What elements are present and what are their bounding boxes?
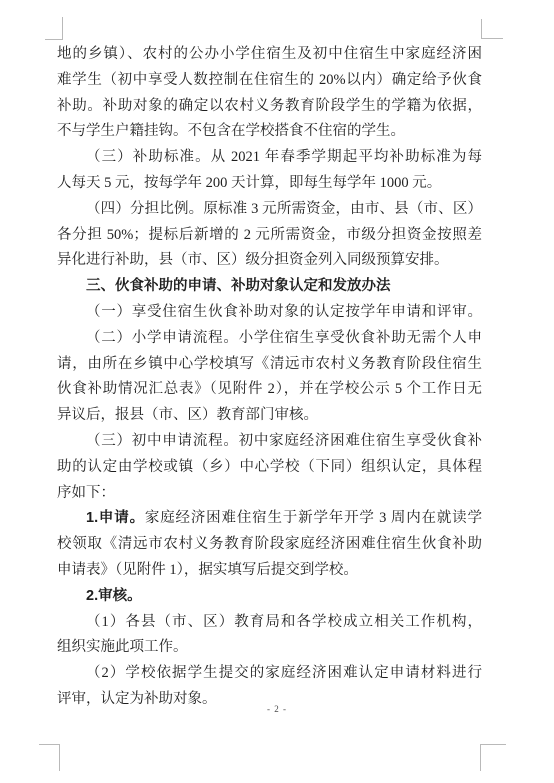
text-line: （四）分担比例。原标准 3 元所需资金，由市、县（市、区）	[57, 197, 482, 223]
document-body: 地的乡镇）、农村的公办小学住宿生及初中住宿生中家庭经济困难学生（初中享受人数控制…	[57, 42, 482, 713]
text-line: 补助。补助对象的确定以农村义务教育阶段学生的学籍为依据，	[57, 94, 482, 120]
crop-mark-top-right	[481, 19, 503, 39]
text-line: 难学生（初中享受人数控制在住宿生的 20%以内）确定给予伙食	[57, 68, 482, 94]
text-line: 异议后，报县（市、区）教育部门审核。	[57, 403, 482, 429]
text-line: 人每天 5 元，按每学年 200 天计算，即每生每学年 1000 元。	[57, 171, 482, 197]
text-line: 伙食补助情况汇总表》（见附件 2），并在学校公示 5 个工作日无	[57, 377, 482, 403]
text-line: 助的认定由学校或镇（乡）中心学校（下同）组织认定，具体程	[57, 455, 482, 481]
crop-mark-top-left	[45, 17, 63, 40]
text-line: 地的乡镇）、农村的公办小学住宿生及初中住宿生中家庭经济困	[57, 42, 482, 68]
section-heading: 三、伙食补助的申请、补助对象认定和发放办法	[57, 274, 482, 300]
crop-mark-bottom-right	[480, 744, 506, 771]
text-line: 序如下：	[57, 481, 482, 507]
text-line: （一）享受住宿生伙食补助对象的认定按学年申请和评审。	[57, 300, 482, 326]
text-line: 校领取《清远市农村义务教育阶段家庭经济困难住宿生伙食补助	[57, 532, 482, 558]
text-line: 1.申请。家庭经济困难住宿生于新学年开学 3 周内在就读学	[57, 506, 482, 532]
text-line: （1）各县（市、区）教育局和各学校成立相关工作机构，	[57, 610, 482, 636]
text-line: （2）学校依据学生提交的家庭经济困难认定申请材料进行	[57, 661, 482, 687]
text-line: 申请表》（见附件 1），据实填写后提交到学校。	[57, 558, 482, 584]
crop-mark-bottom-left	[39, 744, 60, 771]
section-heading: 2.审核。	[57, 584, 482, 610]
text-line: 异化进行补助，县（市、区）级分担资金列入同级预算安排。	[57, 248, 482, 274]
text-line: （二）小学申请流程。小学住宿生享受伙食补助无需个人申	[57, 326, 482, 352]
page-number: - 2 -	[0, 703, 554, 716]
text-line: 组织实施此项工作。	[57, 635, 482, 661]
text-line: 请，由所在乡镇中心学校填写《清远市农村义务教育阶段住宿生	[57, 352, 482, 378]
bold-run-label: 1.申请。	[86, 510, 145, 526]
text-line: 各分担 50%；提标后新增的 2 元所需资金，市级分担资金按照差	[57, 223, 482, 249]
document-page: 地的乡镇）、农村的公办小学住宿生及初中住宿生中家庭经济困难学生（初中享受人数控制…	[0, 0, 554, 783]
text-line: （三）补助标准。从 2021 年春季学期起平均补助标准为每	[57, 145, 482, 171]
text-line: 不与学生户籍挂钩。不包含在学校搭食不住宿的学生。	[57, 119, 482, 145]
text-line: （三）初中申请流程。初中家庭经济困难住宿生享受伙食补	[57, 429, 482, 455]
